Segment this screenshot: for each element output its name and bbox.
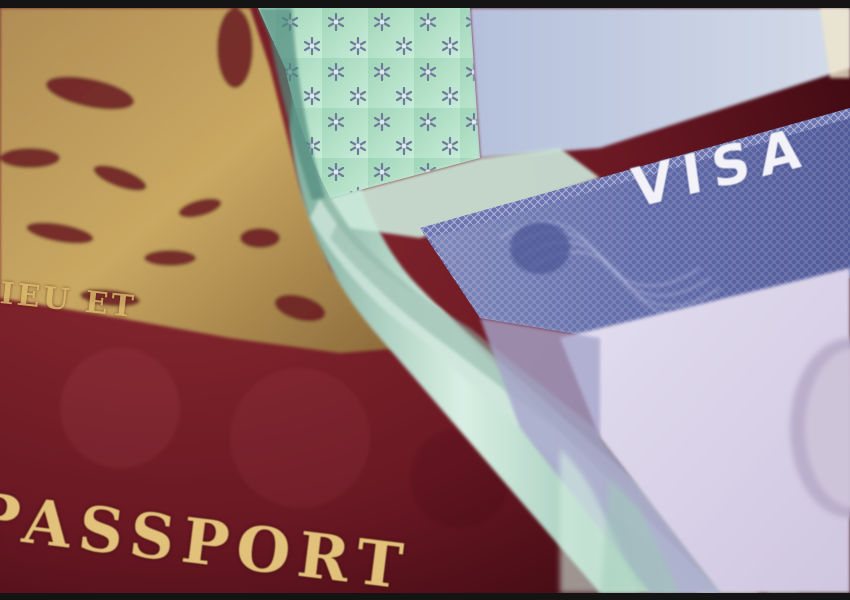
passport-photo: IEU ET PASSPORT VISA [0, 8, 850, 593]
bottom-frame-bar [0, 593, 850, 600]
top-frame-bar [0, 0, 850, 8]
